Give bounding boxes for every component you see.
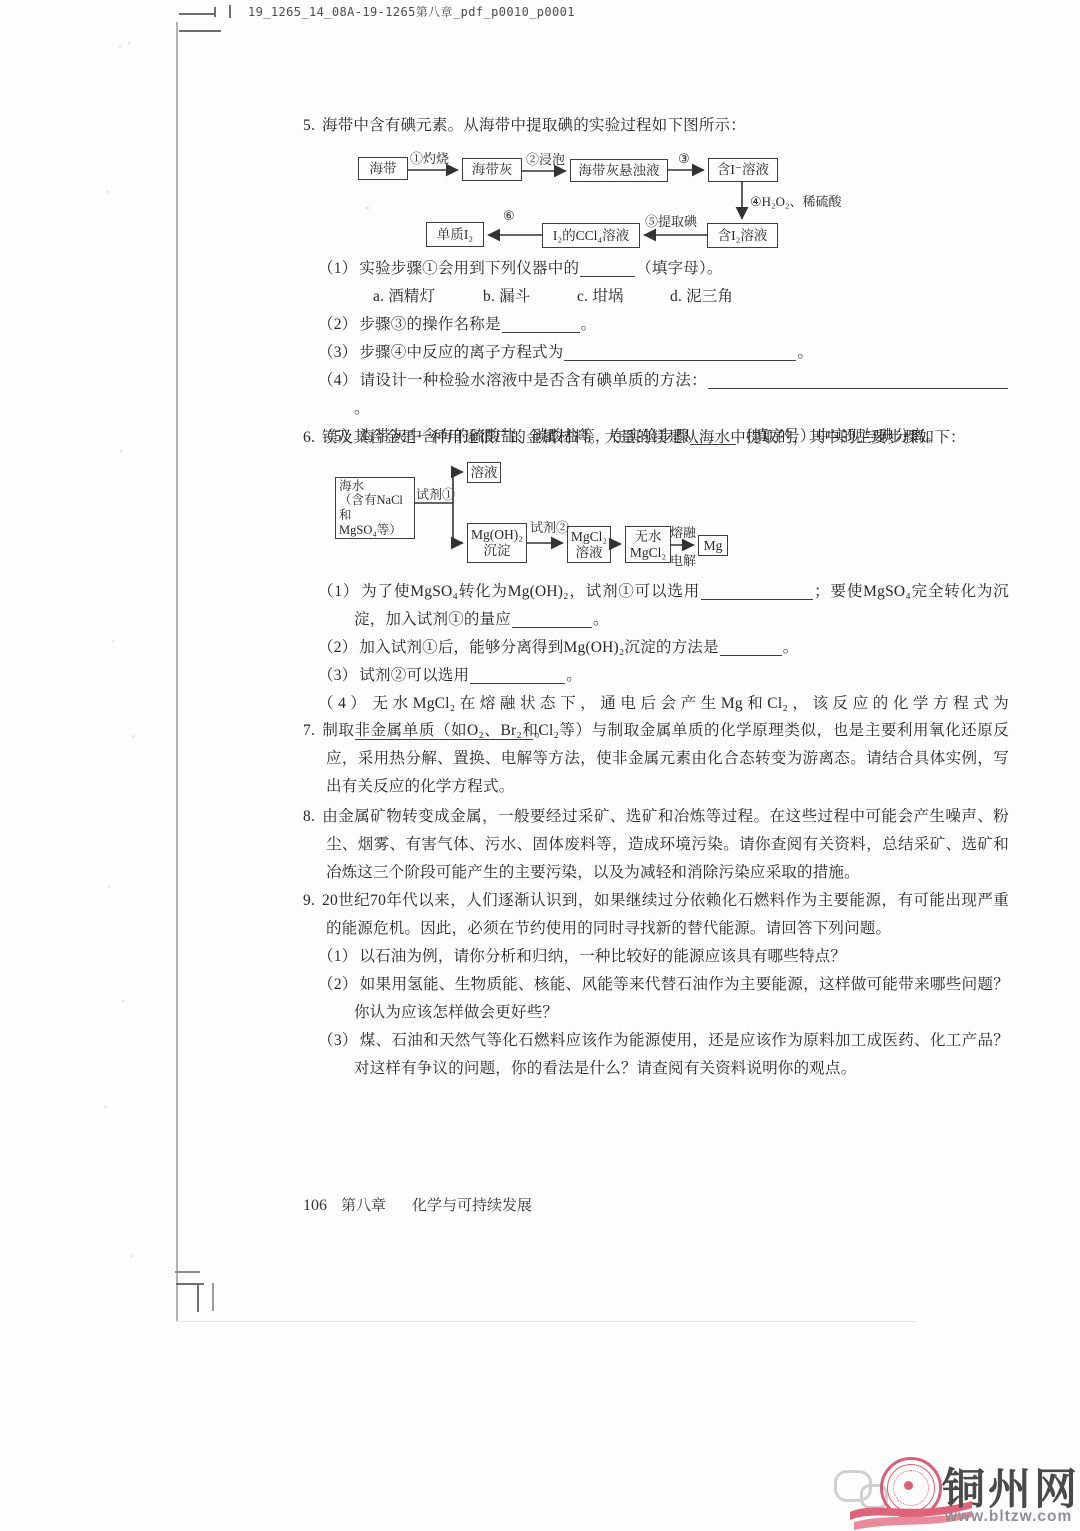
sub-number: （1） (318, 948, 357, 965)
q5-sub-1: （1）实验步骤①会用到下列仪器中的（填字母）。 (318, 255, 1009, 283)
flow-node-seawater: 海水 （含有NaCl和 MgSO₄等） (335, 477, 415, 539)
fill-in-blank (720, 642, 782, 656)
question-7: 7.制取非金属单质（如O₂、Br₂和Cl₂等）与制取金属单质的化学原理类似，也是… (303, 717, 1009, 801)
text-segment: 试剂②可以选用 (359, 667, 469, 684)
q6-sub-3: （3）试剂②可以选用。 (318, 662, 1009, 690)
question-6: 6.镁及其合金是一种用途很广的金属材料。大量的镁是从海水中提取的，其中的主要步骤… (303, 424, 1009, 452)
text-segment: （填字母）。 (636, 260, 722, 277)
text-segment: 。 (566, 667, 582, 684)
flow-node-mgcl2-solution: MgCl₂ 溶液 (567, 526, 611, 563)
q6-sub-1: （1）为了使MgSO₄转化为Mg(OH)₂，试剂①可以选用；要使MgSO₄完全转… (318, 578, 1009, 634)
question-9: 9.20世纪70年代以来，人们逐渐认识到，如果继续过分依赖化石燃料作为主要能源，… (303, 887, 1009, 1083)
scan-speck (130, 1255, 133, 1258)
sub-number: （4） (318, 372, 358, 389)
sub-text: 为了使MgSO₄转化为Mg(OH)₂，试剂①可以选用；要使MgSO₄完全转化为沉… (354, 583, 1009, 628)
text-segment: 。 (581, 316, 597, 333)
scan-speck (118, 45, 121, 48)
q6-flowchart: 海水 （含有NaCl和 MgSO₄等） 溶液 Mg(OH)₂ 沉淀 MgCl₂ … (330, 455, 760, 577)
sub-text: 如果用氢能、生物质能、核能、风能等来代替石油作为主要能源，这样做可能带来哪些问题… (354, 976, 1009, 1021)
question-5-intro: 5.海带中含有碘元素。从海带中提取碘的实验过程如下图所示： (303, 112, 1009, 140)
text-segment: 。 (354, 400, 370, 417)
site-watermark: 铜州网 www.bltzw.com (828, 1452, 1080, 1531)
q5-sub-4: （4）请设计一种检验水溶液中是否含有碘单质的方法：。 (318, 367, 1009, 423)
flow-node-iodine-solution: 含I₂溶液 (707, 223, 778, 248)
flow-step5-label: ⑤提取碘 (645, 211, 697, 230)
flow-node-solution: 溶液 (467, 462, 501, 483)
sub-number: （2） (318, 316, 357, 333)
scan-rule (176, 1321, 916, 1322)
q9-sub-1: （1）以石油为例，请你分析和归纳，一种比较好的能源应该具有哪些特点？ (318, 943, 1009, 971)
question-text: 镁及其合金是一种用途很广的金属材料。大量的镁是从海水中提取的，其中的主要步骤如下… (322, 429, 966, 446)
question-8: 8.由金属矿物转变成金属，一般要经过采矿、选矿和冶炼等过程。在这些过程中可能会产… (303, 803, 1009, 887)
question-number: 8. (303, 808, 315, 825)
scan-mark (197, 1285, 199, 1312)
sub-text: 煤、石油和天然气等化石燃料应该作为能源使用，还是应该作为原料加工成医药、化工产品… (354, 1032, 1009, 1077)
sub-text: 以石油为例，请你分析和归纳，一种比较好的能源应该具有哪些特点？ (359, 948, 846, 965)
page-footer: 106第八章化学与可持续发展 (303, 1194, 532, 1215)
scan-speck (128, 42, 131, 45)
sub-text: 步骤④中反应的离子方程式为。 (359, 344, 813, 361)
scan-speck (108, 885, 111, 888)
chapter-title: 化学与可持续发展 (412, 1198, 532, 1214)
fill-in-blank (470, 670, 565, 684)
sub-number: （2） (318, 976, 358, 993)
sub-text: 试剂②可以选用。 (359, 667, 582, 684)
text-segment: 无水MgCl₂在熔融状态下，通电后会产生Mg和Cl₂，该反应的化学方程式为 (373, 695, 1009, 712)
fill-in-blank (564, 347, 796, 361)
fill-in-blank (708, 375, 1008, 389)
scanned-page: 19_1265_14_08A-19-1265第八章_pdf_p0010_p000… (0, 0, 1080, 1531)
scan-speck (104, 1105, 107, 1108)
option-b: b. 漏斗 (483, 283, 577, 311)
q5-options: a. 酒精灯b. 漏斗c. 坩埚d. 泥三角 (318, 283, 1009, 311)
q9-sub-2: （2）如果用氢能、生物质能、核能、风能等来代替石油作为主要能源，这样做可能带来哪… (318, 971, 1009, 1027)
scan-mark (175, 1271, 200, 1273)
scan-speck (122, 1000, 125, 1003)
sub-number: （2） (318, 639, 357, 656)
fill-in-blank (580, 263, 635, 277)
question-text: 海带中含有碘元素。从海带中提取碘的实验过程如下图所示： (322, 117, 746, 134)
scan-mark (214, 7, 216, 17)
text-segment: 为了使MgSO₄转化为Mg(OH)₂，试剂①可以选用 (361, 583, 700, 600)
flow-node-suspension: 海带灰悬浊液 (570, 159, 668, 182)
scan-speck (120, 450, 123, 453)
scan-mark (179, 30, 221, 32)
flow-step6-label: ⑥ (503, 208, 515, 224)
sub-number: （3） (318, 667, 357, 684)
flow-molten-label: 熔融 (670, 522, 696, 541)
question-number: 6. (303, 429, 315, 446)
sub-number: （4） (318, 695, 371, 712)
scan-filename: 19_1265_14_08A-19-1265第八章_pdf_p0010_p000… (248, 3, 575, 20)
flow-step1-label: ①灼烧 (410, 148, 449, 167)
watermark-site-url: www.bltzw.com (945, 1508, 1072, 1526)
option-a: a. 酒精灯 (373, 283, 483, 311)
option-c: c. 坩埚 (577, 283, 670, 311)
flow-reagent2-label: 试剂② (530, 517, 569, 536)
flow-step2-label: ②浸泡 (526, 149, 565, 168)
text-segment: 实验步骤①会用到下列仪器中的 (359, 260, 579, 277)
q6-sub-2: （2）加入试剂①后，能够分离得到Mg(OH)₂沉淀的方法是。 (318, 634, 1009, 662)
text-segment: 加入试剂①后，能够分离得到Mg(OH)₂沉淀的方法是 (359, 639, 718, 656)
scan-mark (176, 1283, 204, 1285)
sub-text: 实验步骤①会用到下列仪器中的（填字母）。 (359, 260, 722, 277)
text-segment: 。 (797, 344, 813, 361)
flow-node-kelp: 海带 (358, 157, 408, 180)
question-number: 9. (303, 892, 315, 909)
sub-text: 加入试剂①后，能够分离得到Mg(OH)₂沉淀的方法是。 (359, 639, 798, 656)
question-text: 20世纪70年代以来，人们逐渐认识到，如果继续过分依赖化石燃料作为主要能源，有可… (322, 892, 1009, 937)
question-5: 5.海带中含有碘元素。从海带中提取碘的实验过程如下图所示： (303, 112, 1009, 140)
flow-step3-label: ③ (678, 151, 690, 167)
scan-speck (132, 735, 135, 738)
q5-sub-3: （3）步骤④中反应的离子方程式为。 (318, 339, 1009, 367)
scan-mark (229, 5, 231, 18)
sub-text: 步骤③的操作名称是。 (359, 316, 596, 333)
flow-electrolysis-label: 电解 (670, 550, 696, 569)
page-number: 106 (303, 1197, 327, 1214)
flow-step4-label: ④H₂O₂、稀硫酸 (750, 191, 842, 210)
sub-text: 请设计一种检验水溶液中是否含有碘单质的方法：。 (354, 372, 1009, 417)
sub-number: （3） (318, 344, 357, 361)
scan-speck (106, 190, 109, 193)
option-d: d. 泥三角 (670, 283, 733, 311)
scan-mark (179, 13, 215, 15)
sub-number: （1） (318, 260, 357, 277)
fill-in-blank (502, 319, 580, 333)
flow-node-ccl4-solution: I₂的CCl₄溶液 (542, 223, 640, 248)
text-segment: 。 (783, 639, 799, 656)
question-number: 7. (303, 722, 315, 739)
question-number: 5. (303, 117, 315, 134)
question-6-intro: 6.镁及其合金是一种用途很广的金属材料。大量的镁是从海水中提取的，其中的主要步骤… (303, 424, 1009, 452)
flow-node-mgoh2-precipitate: Mg(OH)₂ 沉淀 (467, 523, 527, 563)
flow-node-anhydrous-mgcl2: 无水 MgCl₂ (625, 526, 671, 563)
scan-mark (212, 1283, 214, 1311)
fill-in-blank (701, 586, 813, 600)
chapter-label: 第八章 (341, 1198, 386, 1214)
text-segment: 步骤④中反应的离子方程式为 (359, 344, 563, 361)
text-segment: 请设计一种检验水溶液中是否含有碘单质的方法： (360, 372, 707, 389)
q5-flowchart: 海带 海带灰 海带灰悬浊液 含I⁻溶液 含I₂溶液 I₂的CCl₄溶液 单质I₂… (340, 145, 920, 257)
scan-speck (112, 640, 115, 643)
flow-node-pure-iodine: 单质I₂ (426, 222, 484, 247)
fill-in-blank (512, 614, 592, 628)
question-text: 由金属矿物转变成金属，一般要经过采矿、选矿和冶炼等过程。在这些过程中可能会产生噪… (322, 808, 1009, 881)
question-text: 制取非金属单质（如O₂、Br₂和Cl₂等）与制取金属单质的化学原理类似，也是主要… (322, 722, 1009, 795)
q9-sub-3: （3）煤、石油和天然气等化石燃料应该作为能源使用，还是应该作为原料加工成医药、化… (318, 1027, 1009, 1083)
sub-number: （1） (318, 583, 359, 600)
flow-node-iodide-solution: 含I⁻溶液 (708, 158, 778, 182)
flow-reagent1-label: 试剂① (416, 484, 455, 503)
q5-sub-2: （2）步骤③的操作名称是。 (318, 311, 1009, 339)
question-9-intro: 9.20世纪70年代以来，人们逐渐认识到，如果继续过分依赖化石燃料作为主要能源，… (303, 887, 1009, 943)
flow-node-kelp-ash: 海带灰 (462, 158, 522, 181)
question-5-subs: （1）实验步骤①会用到下列仪器中的（填字母）。 a. 酒精灯b. 漏斗c. 坩埚… (303, 255, 1009, 451)
sub-number: （3） (318, 1032, 358, 1049)
text-segment: 。 (593, 611, 609, 628)
page-border-line (176, 22, 178, 1322)
flow-node-mg: Mg (698, 535, 728, 556)
text-segment: 步骤③的操作名称是 (359, 316, 500, 333)
